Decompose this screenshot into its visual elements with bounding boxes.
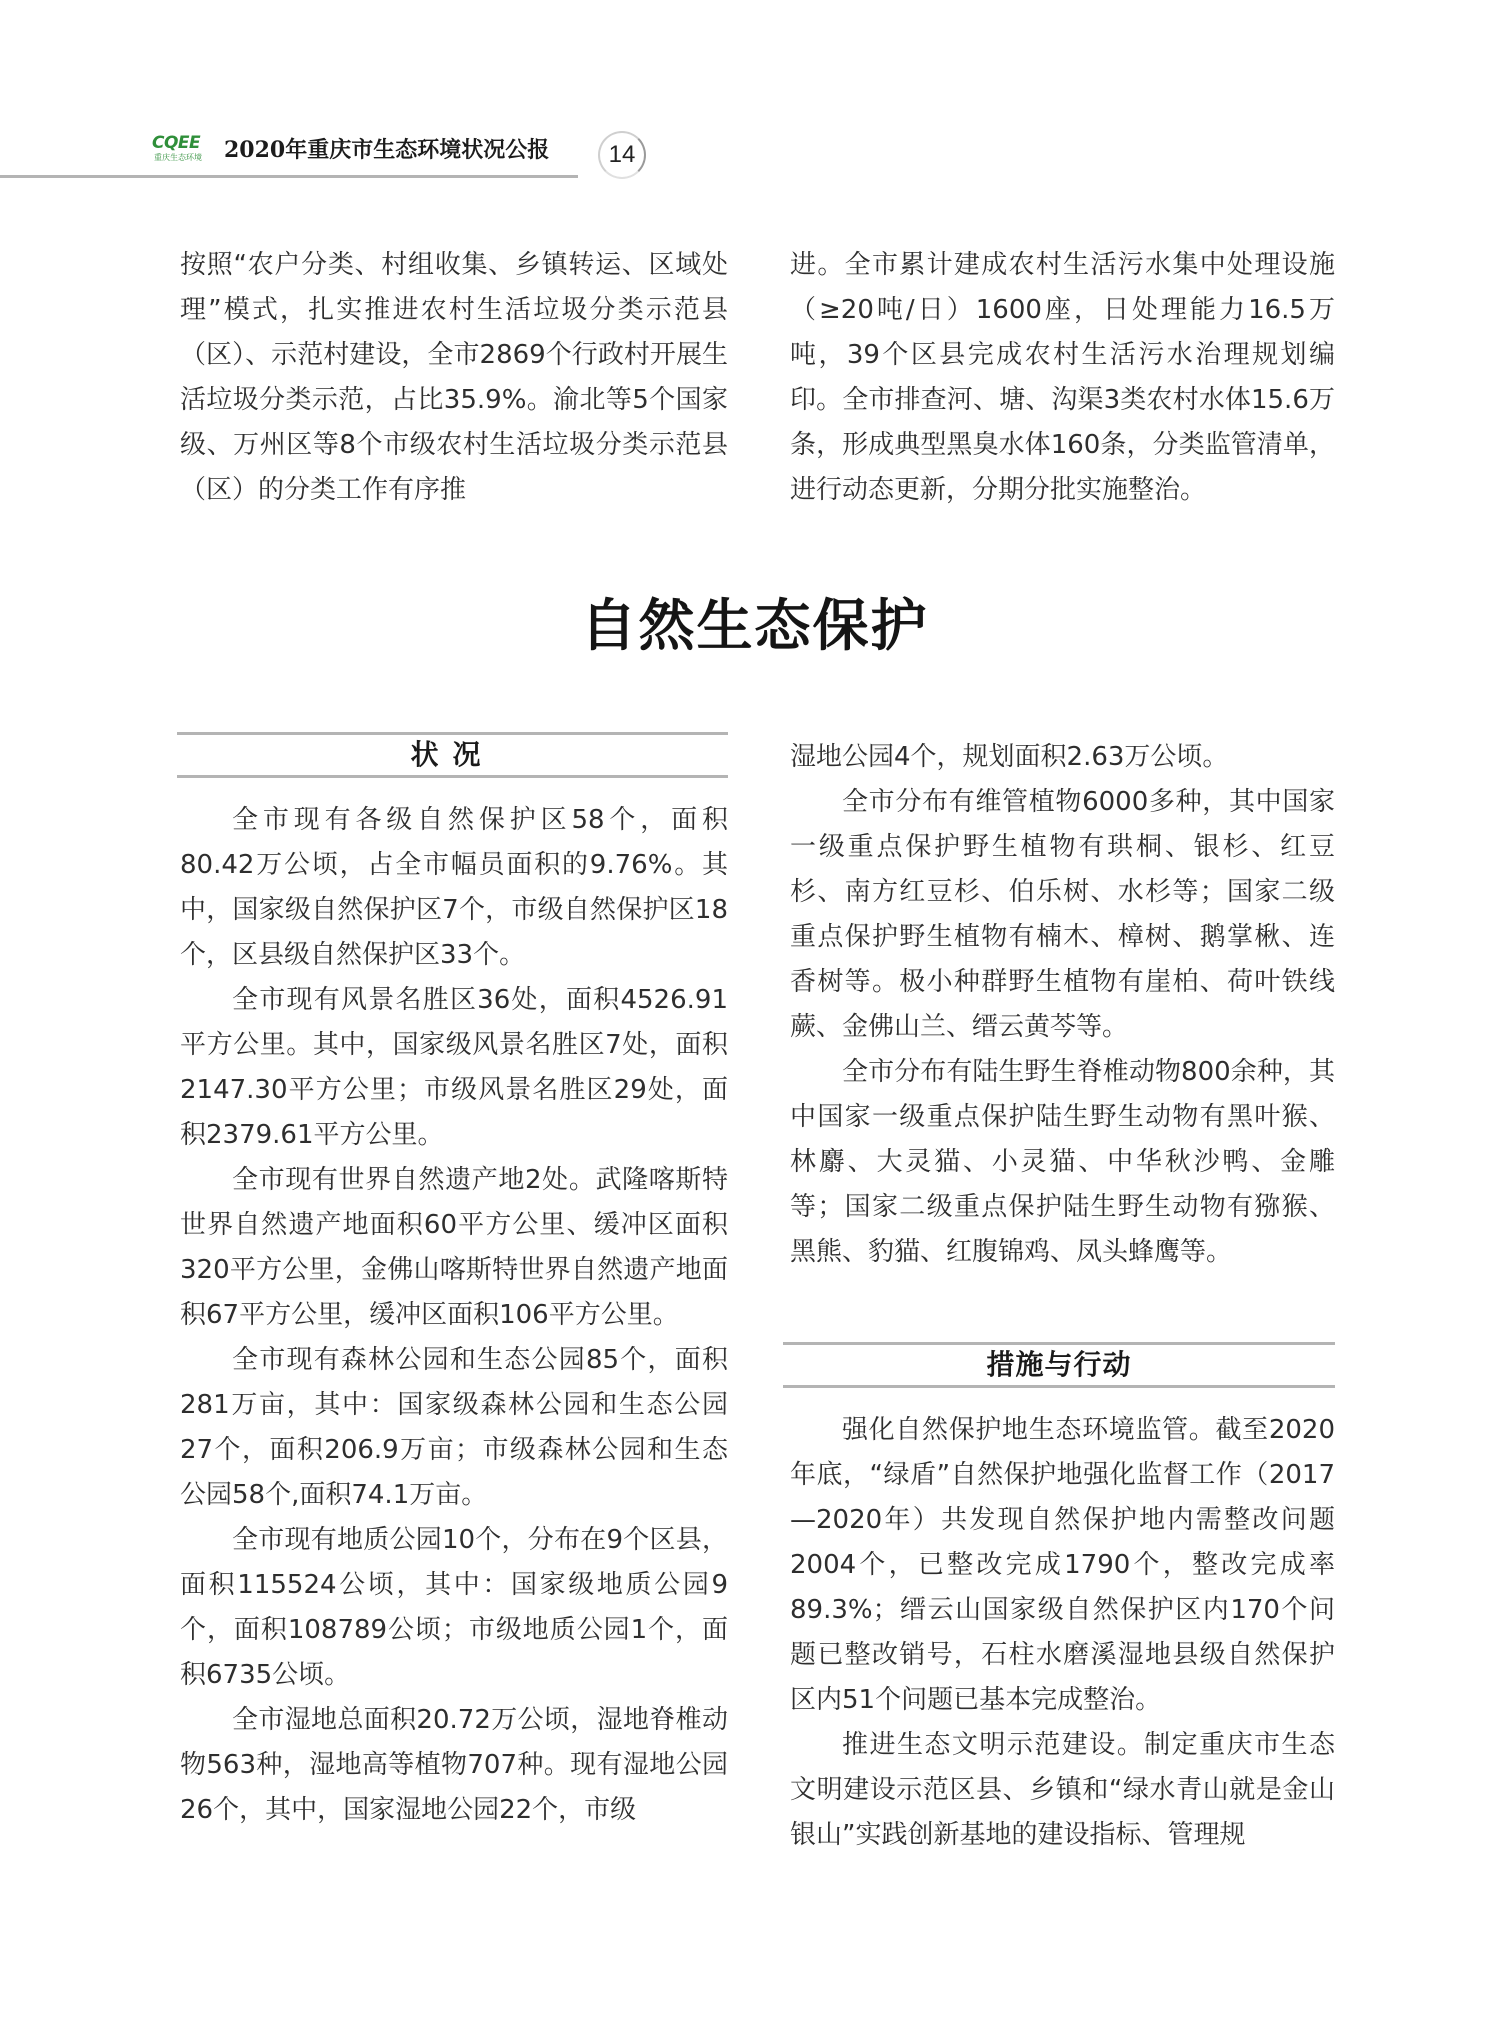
- paragraph-plants: 全市分布有维管植物6000多种，其中国家一级重点保护野生植物有珙桐、银杉、红豆杉…: [790, 780, 1335, 1050]
- paragraph-wetlands: 全市湿地总面积20.72万公顷，湿地脊椎动物563种，湿地高等植物707种。现有…: [180, 1698, 728, 1833]
- status-column-left: 全市现有各级自然保护区58个，面积80.42万公顷，占全市幅员面积的9.76%。…: [180, 798, 728, 1833]
- paragraph: 进。全市累计建成农村生活污水集中处理设施（≥20吨/日）1600座，日处理能力1…: [790, 243, 1335, 513]
- actions-column: 强化自然保护地生态环境监管。截至2020年底，“绿盾”自然保护地强化监督工作（2…: [790, 1408, 1335, 1858]
- paragraph-wetlands-cont: 湿地公园4个，规划面积2.63万公顷。: [790, 735, 1335, 780]
- cqee-logo: CQEE 重庆生态环境: [152, 135, 208, 167]
- paragraph-geoparks: 全市现有地质公园10个，分布在9个区县，面积115524公顷，其中：国家级地质公…: [180, 1518, 728, 1698]
- paragraph-eco-demonstration: 推进生态文明示范建设。制定重庆市生态文明建设示范区县、乡镇和“绿水青山就是金山银…: [790, 1723, 1335, 1858]
- continued-text-left: 按照“农户分类、村组收集、乡镇转运、区域处理”模式，扎实推进农村生活垃圾分类示范…: [180, 243, 728, 513]
- paragraph-scenic-areas: 全市现有风景名胜区36处，面积4526.91平方公里。其中，国家级风景名胜区7处…: [180, 978, 728, 1158]
- paragraph-forest-parks: 全市现有森林公园和生态公园85个，面积281万亩，其中：国家级森林公园和生态公园…: [180, 1338, 728, 1518]
- paragraph-animals: 全市分布有陆生野生脊椎动物800余种，其中国家一级重点保护陆生野生动物有黑叶猴、…: [790, 1050, 1335, 1275]
- chapter-title: 自然生态保护: [0, 592, 1509, 662]
- paragraph-supervision: 强化自然保护地生态环境监管。截至2020年底，“绿盾”自然保护地强化监督工作（2…: [790, 1408, 1335, 1723]
- paragraph: 按照“农户分类、村组收集、乡镇转运、区域处理”模式，扎实推进农村生活垃圾分类示范…: [180, 243, 728, 513]
- section-heading-status: 状况: [177, 732, 728, 778]
- page-header: CQEE 重庆生态环境 2020年重庆市生态环境状况公报 14: [0, 125, 700, 185]
- header-divider: [0, 175, 578, 178]
- section-heading-actions: 措施与行动: [783, 1342, 1335, 1388]
- report-title: 2020年重庆市生态环境状况公报: [224, 135, 549, 165]
- paragraph-nature-reserves: 全市现有各级自然保护区58个，面积80.42万公顷，占全市幅员面积的9.76%。…: [180, 798, 728, 978]
- logo-mark: CQEE: [152, 135, 208, 151]
- logo-subtitle: 重庆生态环境: [154, 153, 202, 163]
- paragraph-world-heritage: 全市现有世界自然遗产地2处。武隆喀斯特世界自然遗产地面积60平方公里、缓冲区面积…: [180, 1158, 728, 1338]
- page-number: 14: [598, 131, 646, 179]
- continued-text-right: 进。全市累计建成农村生活污水集中处理设施（≥20吨/日）1600座，日处理能力1…: [790, 243, 1335, 513]
- status-column-right: 湿地公园4个，规划面积2.63万公顷。 全市分布有维管植物6000多种，其中国家…: [790, 735, 1335, 1275]
